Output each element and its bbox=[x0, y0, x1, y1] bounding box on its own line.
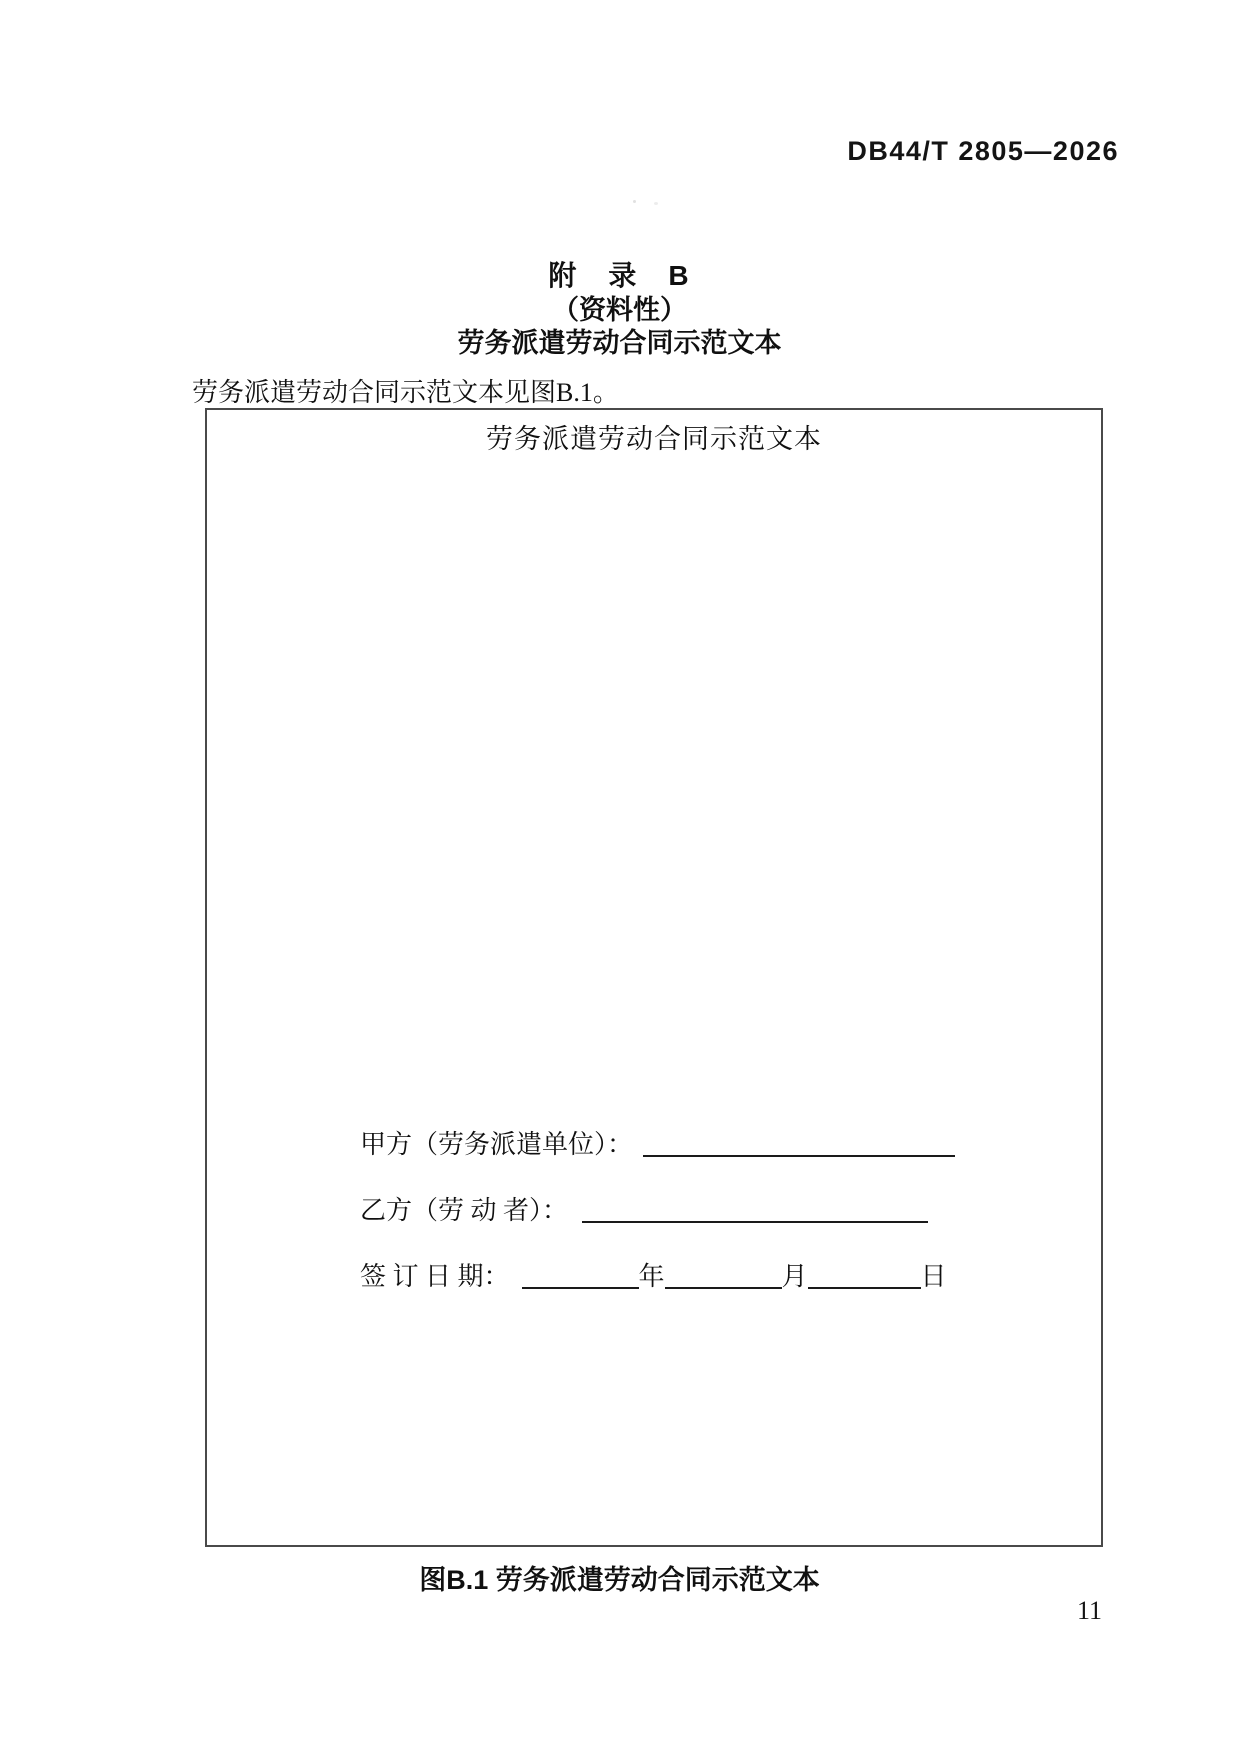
document-page: DB44/T 2805—2026 附 录 B （资料性） 劳务派遣劳动合同示范文… bbox=[0, 0, 1239, 1754]
scan-speck bbox=[633, 200, 636, 203]
appendix-label: 附 录 B bbox=[0, 260, 1239, 292]
party-a-row: 甲方（劳务派遣单位）： bbox=[360, 1124, 955, 1161]
appendix-type: （资料性） bbox=[0, 294, 1239, 326]
party-a-label: 甲方（劳务派遣单位）： bbox=[360, 1130, 633, 1159]
party-b-label: 乙方（劳 动 者）： bbox=[360, 1196, 568, 1225]
page-number: 11 bbox=[1077, 1596, 1102, 1626]
figure-caption: 图B.1 劳务派遣劳动合同示范文本 bbox=[0, 1558, 1239, 1597]
scan-speck bbox=[654, 202, 658, 205]
standard-code: DB44/T 2805—2026 bbox=[847, 136, 1119, 167]
year-blank-line bbox=[522, 1263, 639, 1289]
contract-title: 劳务派遣劳动合同示范文本 bbox=[207, 417, 1101, 456]
month-blank-line bbox=[665, 1263, 782, 1289]
contract-figure-box: 劳务派遣劳动合同示范文本 甲方（劳务派遣单位）： 乙方（劳 动 者）： 签 订 … bbox=[205, 408, 1103, 1547]
day-blank-line bbox=[808, 1263, 921, 1289]
party-b-blank-line bbox=[582, 1197, 928, 1223]
sign-date-row: 签 订 日 期：年月日 bbox=[360, 1256, 947, 1293]
appendix-heading: 附 录 B （资料性） 劳务派遣劳动合同示范文本 bbox=[0, 260, 1239, 359]
party-b-row: 乙方（劳 动 者）： bbox=[360, 1190, 928, 1227]
day-label: 日 bbox=[921, 1262, 947, 1291]
sign-date-label: 签 订 日 期： bbox=[360, 1262, 510, 1291]
month-label: 月 bbox=[782, 1262, 808, 1291]
party-a-blank-line bbox=[643, 1131, 955, 1157]
appendix-subject: 劳务派遣劳动合同示范文本 bbox=[0, 327, 1239, 359]
intro-sentence: 劳务派遣劳动合同示范文本见图B.1。 bbox=[192, 372, 619, 409]
year-label: 年 bbox=[639, 1262, 665, 1291]
